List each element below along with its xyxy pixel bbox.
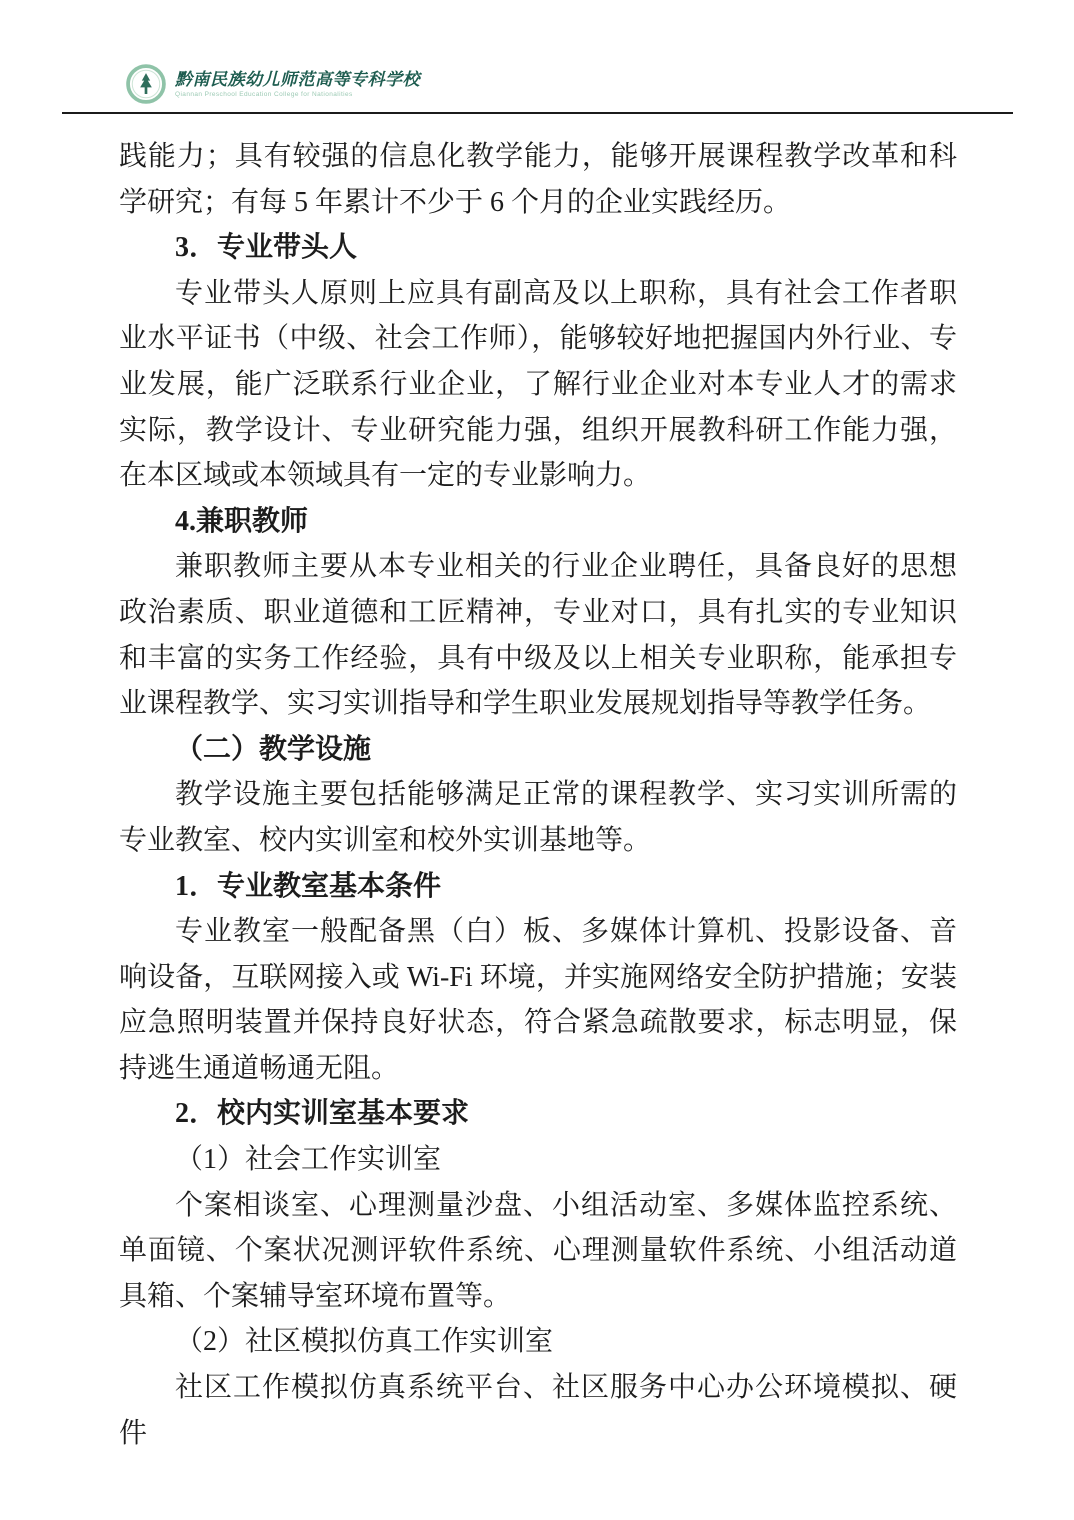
paragraph-community-simulation-equipment: 社区工作模拟仿真系统平台、社区服务中心办公环境模拟、硬件 <box>119 1365 957 1456</box>
letterhead: 黔南民族幼儿师范高等专科学校 Qiannan Preschool Educati… <box>126 64 420 104</box>
paragraph-continuation-practice-ability: 践能力；具有较强的信息化教学能力，能够开展课程教学改革和科学研究；有每 5 年累… <box>119 134 957 225</box>
subheading-1-social-work-lab: （1）社会工作实训室 <box>119 1137 957 1183</box>
heading-section2-teaching-facilities: （二）教学设施 <box>119 727 957 773</box>
paragraph-social-work-lab-equipment: 个案相谈室、心理测量沙盘、小组活动室、多媒体监控系统、单面镜、个案状况测评软件系… <box>119 1183 957 1320</box>
school-name-block: 黔南民族幼儿师范高等专科学校 Qiannan Preschool Educati… <box>175 70 420 99</box>
heading-1-classroom-conditions: 1．专业教室基本条件 <box>119 864 957 910</box>
subheading-2-community-simulation-lab: （2）社区模拟仿真工作实训室 <box>119 1319 957 1365</box>
paragraph-parttime-teachers: 兼职教师主要从本专业相关的行业企业聘任，具备良好的思想政治素质、职业道德和工匠精… <box>119 544 957 726</box>
heading-2-campus-training-rooms: 2．校内实训室基本要求 <box>119 1091 957 1137</box>
heading-4-parttime-teachers: 4.兼职教师 <box>119 499 957 545</box>
paragraph-teaching-facilities-intro: 教学设施主要包括能够满足正常的课程教学、实习实训所需的专业教室、校内实训室和校外… <box>119 772 957 863</box>
paragraph-major-leader: 专业带头人原则上应具有副高及以上职称，具有社会工作者职业水平证书（中级、社会工作… <box>119 271 957 499</box>
document-page: 黔南民族幼儿师范高等专科学校 Qiannan Preschool Educati… <box>0 0 1074 1520</box>
paragraph-classroom-conditions: 专业教室一般配备黑（白）板、多媒体计算机、投影设备、音响设备，互联网接入或 Wi… <box>119 909 957 1091</box>
school-seal-icon <box>126 64 166 104</box>
document-content: 践能力；具有较强的信息化教学能力，能够开展课程教学改革和科学研究；有每 5 年累… <box>119 134 957 1456</box>
header-divider <box>62 112 1013 114</box>
heading-3-major-leader: 3．专业带头人 <box>119 225 957 271</box>
school-name-en: Qiannan Preschool Education College for … <box>175 90 420 99</box>
school-name-cn: 黔南民族幼儿师范高等专科学校 <box>175 70 420 90</box>
